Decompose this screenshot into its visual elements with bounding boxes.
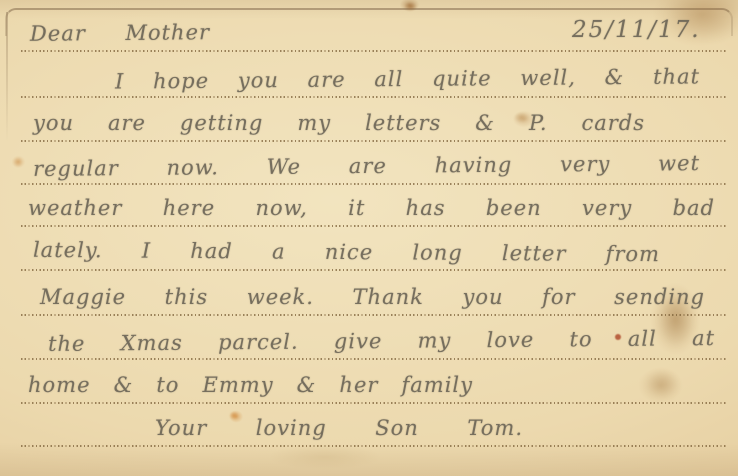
- stain-left-small: [13, 157, 23, 167]
- handwriting-line: Maggie this week. Thank you for sending: [40, 282, 705, 314]
- date: 25/11/17.: [572, 15, 722, 47]
- handwriting-line: home & to Emmy & her family: [28, 370, 473, 402]
- ruled-line: [21, 314, 727, 316]
- postcard: Dear Mother 25/11/17. I hope you are all…: [0, 0, 738, 476]
- handwriting-line: I hope you are all quite well, & that: [115, 61, 700, 98]
- handwriting-line: lately. I had a nice long letter from: [33, 235, 660, 271]
- handwriting-line: weather here now, it has been very bad: [28, 193, 715, 225]
- salutation: Dear Mother: [30, 17, 210, 51]
- ruled-line: [21, 402, 727, 404]
- ruled-line: [21, 225, 727, 227]
- stain-right-lower: [646, 370, 678, 398]
- stain-top-center-dot: [404, 2, 417, 11]
- ruled-line: [21, 445, 727, 447]
- handwriting-line: the Xmas parcel. give my love to all at: [48, 323, 715, 361]
- ruled-line: [21, 140, 727, 142]
- handwriting-line: regular now. We are having very wet: [33, 148, 700, 186]
- signature: Your loving Son Tom.: [155, 413, 523, 445]
- ruled-line: [21, 50, 727, 52]
- card-left-edge-crease: [6, 12, 8, 142]
- handwriting-line: you are getting my letters & P. cards: [33, 108, 645, 140]
